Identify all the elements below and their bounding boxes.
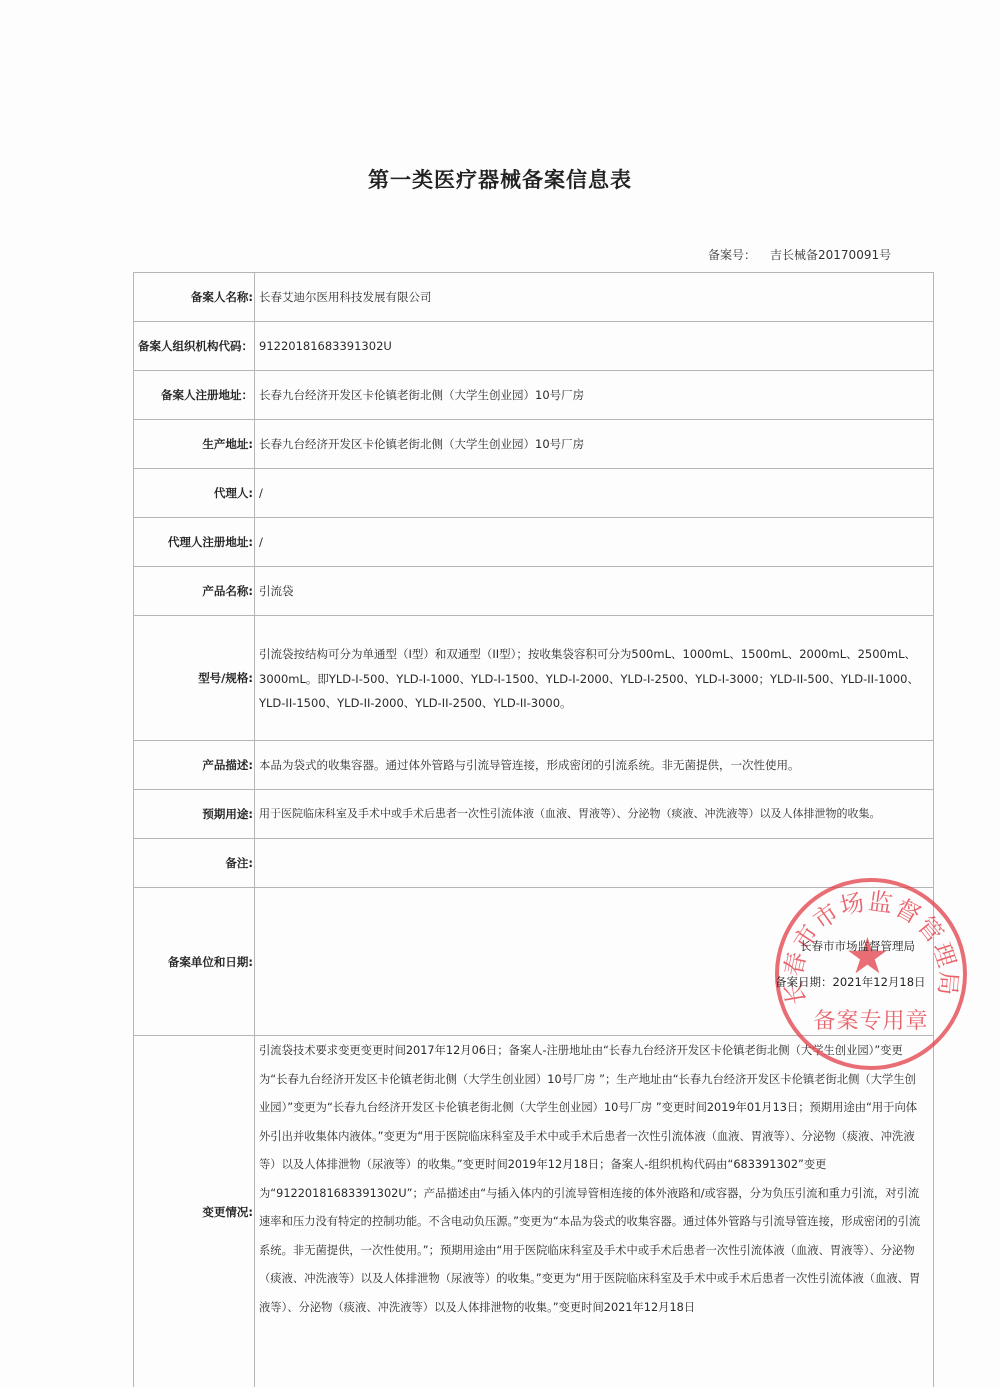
field-label: 预期用途: (134, 790, 255, 839)
field-label: 产品描述: (134, 741, 255, 790)
registrant-address-value: 长春九台经济开发区卡伦镇老街北侧（大学生创业园）10号厂房 (255, 371, 934, 420)
table-row: 代理人注册地址: / (134, 518, 934, 567)
field-label: 型号/规格: (134, 616, 255, 741)
remarks-value (255, 839, 934, 888)
registrant-name-value: 长春艾迪尔医用科技发展有限公司 (255, 273, 934, 322)
field-label: 代理人: (134, 469, 255, 518)
field-label: 备案单位和日期: (134, 888, 255, 1036)
field-label: 代理人注册地址: (134, 518, 255, 567)
production-address-value: 长春九台经济开发区卡伦镇老街北侧（大学生创业园）10号厂房 (255, 420, 934, 469)
seal-bottom-text: 备案专用章 (779, 1010, 963, 1034)
change-history-value: 引流袋技术要求变更变更时间2017年12月06日；备案人-注册地址由“长春九台经… (259, 1036, 927, 1322)
field-label: 备案人注册地址： (134, 371, 255, 420)
table-row: 变更情况: 引流袋技术要求变更变更时间2017年12月06日；备案人-注册地址由… (134, 1036, 934, 1387)
table-row: 备注: (134, 839, 934, 888)
intended-use-value: 用于医院临床科室及手术中或手术后患者一次性引流体液（血液、胃液等）、分泌物（痰液… (255, 790, 934, 839)
field-label: 备案人名称: (134, 273, 255, 322)
field-label: 备案人组织机构代码： (134, 322, 255, 371)
filing-unit: 长春市市场监督管理局 (800, 934, 915, 958)
field-label: 生产地址: (134, 420, 255, 469)
record-number-value: 吉长械备20170091号 (770, 248, 891, 262)
field-label: 变更情况: (134, 1036, 255, 1387)
agent-value: / (255, 469, 934, 518)
field-label: 产品名称: (134, 567, 255, 616)
table-row: 产品名称: 引流袋 (134, 567, 934, 616)
table-row: 备案人注册地址： 长春九台经济开发区卡伦镇老街北侧（大学生创业园）10号厂房 (134, 371, 934, 420)
field-label: 备注: (134, 839, 255, 888)
record-number-label: 备案号： (708, 248, 756, 262)
product-description-value: 本品为袋式的收集容器。通过体外管路与引流导管连接，形成密闭的引流系统。非无菌提供… (255, 741, 934, 790)
table-row: 生产地址: 长春九台经济开发区卡伦镇老街北侧（大学生创业园）10号厂房 (134, 420, 934, 469)
table-row: 备案人名称: 长春艾迪尔医用科技发展有限公司 (134, 273, 934, 322)
table-row: 代理人: / (134, 469, 934, 518)
table-row: 型号/规格: 引流袋按结构可分为单通型（I型）和双通型（II型）；按收集袋容积可… (134, 616, 934, 741)
filing-unit-date-cell: 长春市市场监督管理局 ★ 备案专用章 长春市市场监督管理局 备案日期：2021年… (255, 888, 934, 1036)
agent-address-value: / (255, 518, 934, 567)
org-code-value: 91220181683391302U (255, 322, 934, 371)
document-title: 第一类医疗器械备案信息表 (0, 164, 1000, 194)
model-spec-value: 引流袋按结构可分为单通型（I型）和双通型（II型）；按收集袋容积可分为500mL… (259, 640, 927, 716)
table-row: 备案单位和日期: 长春市市场监督管理局 ★ 备案专用章 长春市市场监督管理局 备… (134, 888, 934, 1036)
filing-info-table: 备案人名称: 长春艾迪尔医用科技发展有限公司 备案人组织机构代码： 912201… (133, 272, 934, 1387)
table-row: 备案人组织机构代码： 91220181683391302U (134, 322, 934, 371)
product-name-value: 引流袋 (255, 567, 934, 616)
table-row: 预期用途: 用于医院临床科室及手术中或手术后患者一次性引流体液（血液、胃液等）、… (134, 790, 934, 839)
table-row: 产品描述: 本品为袋式的收集容器。通过体外管路与引流导管连接，形成密闭的引流系统… (134, 741, 934, 790)
filing-date: 备案日期：2021年12月18日 (775, 970, 926, 994)
record-number: 备案号：吉长械备20170091号 (708, 246, 891, 263)
